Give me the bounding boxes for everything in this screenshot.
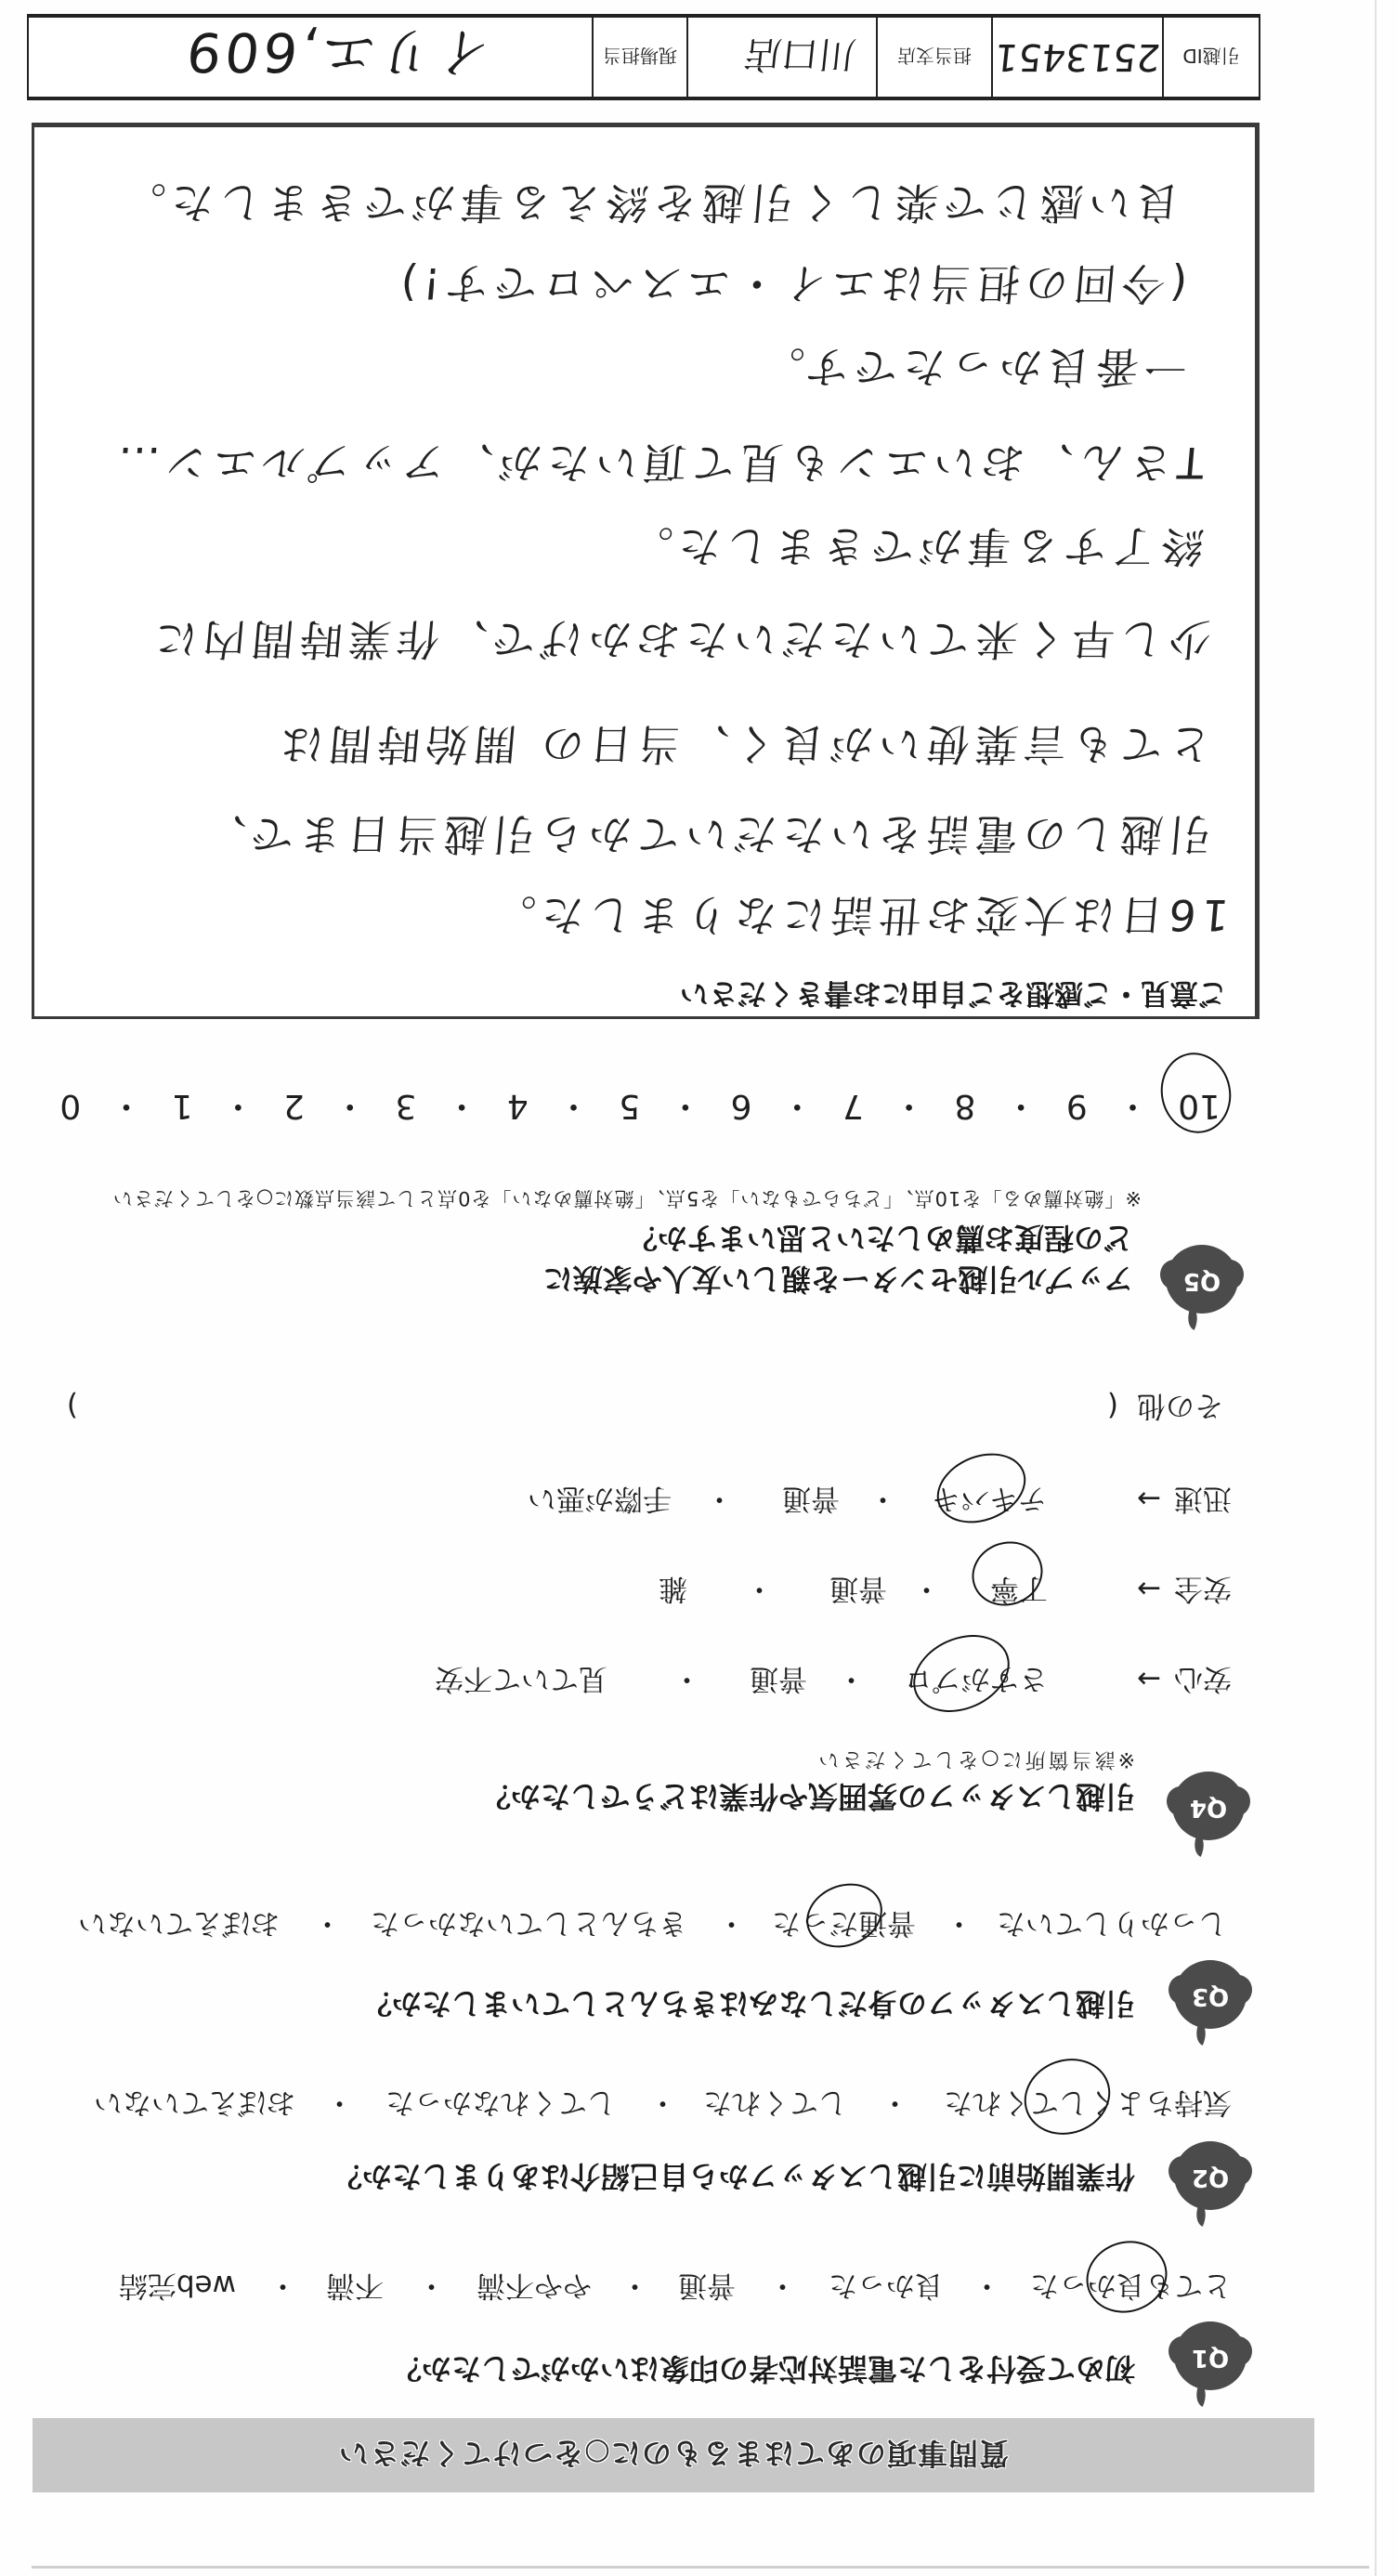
q1-option: やや不満 xyxy=(477,2269,592,2301)
q3-option: おぼえていない xyxy=(78,1907,280,1939)
separator: ・ xyxy=(768,2269,797,2301)
scan-edge xyxy=(32,2566,1369,2569)
comment-line: とても言葉使いが良く、当日の 開始時間は xyxy=(273,721,1213,767)
staff-label: 現場担当 xyxy=(594,18,688,97)
q3-badge: Q3 xyxy=(1169,1955,1252,2044)
comment-line: 一番良かったです。 xyxy=(753,344,1189,390)
move-id-label: 引越ID xyxy=(1164,18,1259,97)
score-7: 7 xyxy=(842,1087,864,1124)
q3-label: Q3 xyxy=(1169,1982,1252,2010)
separator: ・ xyxy=(1116,1087,1149,1124)
separator: ・ xyxy=(1004,1087,1038,1124)
separator: ・ xyxy=(672,1663,701,1694)
q5-note: ※「絶対薦める」を10点、「どちらでもない」を5点、「絶対薦めない」を0点として… xyxy=(112,1187,1142,1210)
score-3: 3 xyxy=(395,1087,416,1124)
q2-label: Q2 xyxy=(1169,2164,1252,2191)
q4-other-label: その他 xyxy=(1137,1390,1223,1421)
branch-cell: 川口店 xyxy=(688,18,878,97)
q2-option: してくれた xyxy=(703,2086,847,2118)
q1-option: 普通 xyxy=(678,2269,736,2301)
q1-question: 初めて受付をした電話対応者の印象はいかがでしたか？ xyxy=(392,2353,1135,2385)
q5-question-line2: どの程度お薦めしたいと思いますか？ xyxy=(628,1223,1133,1254)
q4-row-label-jinsoku: 迅速 xyxy=(1174,1483,1232,1514)
q4-question: 引越しスタッフの雰囲気や作業はどうでしたか？ xyxy=(481,1781,1135,1812)
q1-option: 良かった xyxy=(829,2269,944,2301)
q5-question-line1: アップル引越センターを親しい友人や家族に xyxy=(543,1263,1133,1295)
q4-row-label-anzen: 安全 xyxy=(1174,1573,1232,1604)
separator: ・ xyxy=(745,1573,774,1604)
separator: ・ xyxy=(912,1573,941,1604)
q4-jinsoku-selected-circle xyxy=(926,1441,1036,1536)
separator: ・ xyxy=(325,2086,354,2118)
scan-edge xyxy=(1375,0,1377,2576)
banner-text: 質問事項のあてはまるものに○をつけてください xyxy=(338,2434,1009,2477)
q2-badge: Q2 xyxy=(1169,2136,1252,2225)
staff-cell: イリエ,609 xyxy=(29,18,594,97)
q1-selected-circle xyxy=(1077,2230,1176,2322)
comment-line: 引越しの電話をいただいてから引越当日まで、 xyxy=(196,811,1213,857)
move-id-value: 2513451 xyxy=(993,36,1163,79)
q4-anshin-selected-circle xyxy=(901,1620,1022,1726)
q2-option: おぼえていない xyxy=(94,2086,295,2118)
separator: ・ xyxy=(333,1087,367,1124)
comment-line: (今回の担当はエイ・エスペロです!) xyxy=(393,260,1189,307)
q4-label: Q4 xyxy=(1167,1794,1250,1822)
q3-option: きちんとしていなかった xyxy=(371,1907,687,1939)
comment-line: Tさん、おいエンも見て頂いたが、アップルエン… xyxy=(110,439,1206,486)
branch-label: 担当支店 xyxy=(878,18,993,97)
q2-option: してくれなかった xyxy=(385,2086,616,2118)
q3-question: 引越しスタッフの身だしなみはきちんとしていましたか？ xyxy=(362,1988,1135,2020)
q4-option: 雑 xyxy=(659,1573,687,1604)
q4-badge: Q4 xyxy=(1167,1766,1250,1855)
comment-line: 終了する事ができました。 xyxy=(622,523,1206,569)
separator: ・ xyxy=(110,1087,143,1124)
separator: ・ xyxy=(705,1483,734,1514)
score-1: 1 xyxy=(172,1087,193,1124)
q5-badge: Q5 xyxy=(1160,1239,1244,1328)
comment-line: 良い感じで楽しく引越を終える事ができました。 xyxy=(115,179,1182,226)
survey-page: 質問事項のあてはまるものに○をつけてください Q1 初めて受付をした電話対応者の… xyxy=(0,0,1397,2576)
q4-option: 見ていて不安 xyxy=(435,1663,607,1694)
arrow-right-icon: → xyxy=(1137,1573,1161,1604)
score-9: 9 xyxy=(1066,1087,1088,1124)
q2-question: 作業開始前に引越しスタッフから自己紹介はありましたか？ xyxy=(333,2161,1135,2192)
separator: ・ xyxy=(868,1483,897,1514)
q4-row-label-anshin: 安心 xyxy=(1174,1663,1232,1694)
separator: ・ xyxy=(669,1087,702,1124)
separator: ・ xyxy=(717,1907,746,1939)
comment-line: 少し早く来ていただいたおかげで、作業時間内に xyxy=(148,616,1213,662)
score-5: 5 xyxy=(619,1087,640,1124)
comment-header: ご意見・ご感想をご自由にお書きください xyxy=(680,977,1227,1009)
score-4: 4 xyxy=(507,1087,529,1124)
separator: ・ xyxy=(556,1087,590,1124)
staff-value: イリエ,609 xyxy=(179,19,494,97)
separator: ・ xyxy=(945,1907,973,1939)
separator: ・ xyxy=(780,1087,814,1124)
q4-option: 普通 xyxy=(782,1483,840,1514)
q2-selected-circle xyxy=(1013,2046,1121,2146)
q5-score-scale: 10 ・ 9 ・ 8 ・ 7 ・ 6 ・ 5 ・ 4 ・ 3 ・ 2 ・ 1 ・… xyxy=(59,1085,1221,1126)
separator: ・ xyxy=(837,1663,866,1694)
separator: ・ xyxy=(417,2269,446,2301)
arrow-right-icon: → xyxy=(1137,1483,1161,1514)
separator: ・ xyxy=(881,2086,909,2118)
q4-other-close-paren: ) xyxy=(67,1390,78,1421)
score-2: 2 xyxy=(283,1087,305,1124)
q4-option: 手際が悪い xyxy=(528,1483,672,1514)
separator: ・ xyxy=(973,2269,1001,2301)
q4-option: 普通 xyxy=(750,1663,807,1694)
q5-label: Q5 xyxy=(1160,1267,1244,1295)
comment-line: 16日は大変お世話になりました。 xyxy=(485,892,1231,938)
q1-option: web完結 xyxy=(119,2269,236,2301)
branch-value: 川口店 xyxy=(741,31,858,84)
q4-note: ※該当箇所に○をしてください xyxy=(816,1747,1135,1770)
score-0: 0 xyxy=(59,1087,81,1124)
move-id-cell: 2513451 xyxy=(993,18,1164,97)
q3-option: しっかりしていた xyxy=(997,1907,1227,1939)
separator: ・ xyxy=(445,1087,478,1124)
q1-badge: Q1 xyxy=(1169,2316,1252,2405)
q1-option: 不満 xyxy=(326,2269,384,2301)
separator: ・ xyxy=(268,2269,297,2301)
q4-option: 普通 xyxy=(829,1573,887,1604)
separator: ・ xyxy=(893,1087,926,1124)
record-table: 引越ID 2513451 担当支店 川口店 現場担当 イリエ,609 xyxy=(27,14,1260,100)
score-8: 8 xyxy=(954,1087,975,1124)
separator: ・ xyxy=(221,1087,255,1124)
separator: ・ xyxy=(620,2269,649,2301)
q4-other-open-paren: ( xyxy=(1107,1390,1118,1421)
score-6: 6 xyxy=(731,1087,752,1124)
separator: ・ xyxy=(313,1907,342,1939)
arrow-right-icon: → xyxy=(1137,1663,1161,1694)
q1-label: Q1 xyxy=(1169,2344,1252,2372)
instructions-banner: 質問事項のあてはまるものに○をつけてください xyxy=(33,2418,1314,2492)
separator: ・ xyxy=(648,2086,677,2118)
q3-selected-circle xyxy=(797,1873,893,1959)
